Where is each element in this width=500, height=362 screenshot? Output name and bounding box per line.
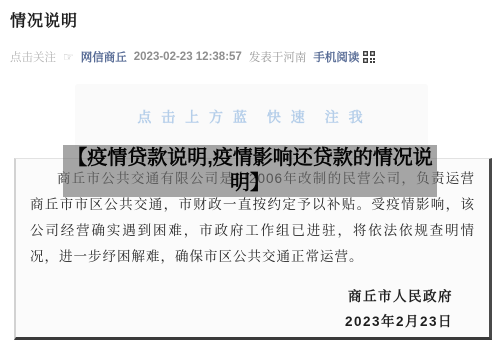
statement-date: 2023年2月23日: [30, 309, 453, 334]
follow-banner-text: 点 击 上 方 蓝 快 速 注 我: [137, 107, 365, 127]
article-page: 情况说明 点击关注 ☞ 网信商丘 2023-02-23 12:38:57 发表于…: [0, 0, 500, 362]
headline-overlay: 【疫情贷款说明,疫情影响还贷款的情况说明】: [63, 145, 437, 197]
article-image[interactable]: 点 击 上 方 蓝 快 速 注 我 商丘市公共交通有限公司是中2006年改制的民…: [0, 0, 500, 362]
statement-signer: 商丘市人民政府: [30, 284, 453, 309]
follow-banner: 点 击 上 方 蓝 快 速 注 我: [75, 84, 428, 150]
headline-text: 【疫情贷款说明,疫情影响还贷款的情况说明】: [63, 146, 437, 196]
